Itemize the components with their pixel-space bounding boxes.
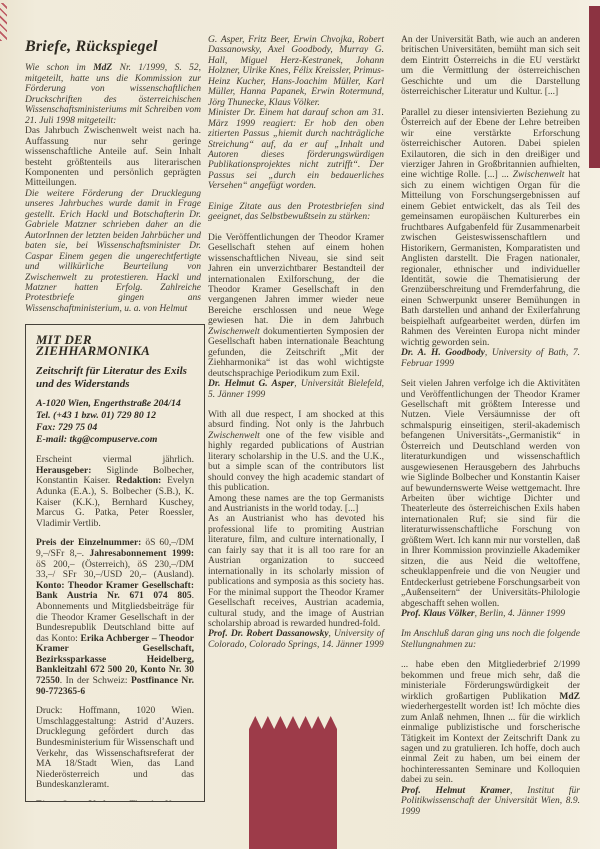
text-segment: Prof. Klaus Völker [401, 609, 475, 619]
paragraph: Im Anschluß daran ging uns noch die folg… [401, 629, 580, 650]
text-segment: ... habe eben den Mitgliederbrief 2/1999… [401, 660, 580, 701]
text-segment: Prof. Helmut Kramer [401, 786, 510, 796]
paragraph: Dr. Helmut G. Asper, Universität Bielefe… [208, 379, 384, 400]
text-segment: Minister Dr. Einem hat darauf schon am 3… [208, 108, 384, 191]
left-column-text: Wie schon im MdZ Nr. 1/1999, S. 52, mitg… [25, 63, 201, 314]
paragraph: Minister Dr. Einem hat darauf schon am 3… [208, 108, 384, 192]
text-segment: Zwischenwelt [208, 327, 260, 337]
paragraph: ... habe eben den Mitgliederbrief 2/1999… [401, 660, 580, 785]
text-segment: With all due respect, I am shocked at th… [208, 410, 384, 430]
text-segment: Wie schon im [25, 63, 93, 73]
paragraph: Prof. Dr. Robert Dassanowsky, University… [208, 629, 384, 650]
text-segment: hat sich zu einem wichtigen Organ für di… [401, 170, 580, 347]
text-segment: öS 200,– (Österreich), öS 230,–/DM 33,–/… [36, 560, 194, 581]
text-segment: Prof. Dr. Robert Dassanowsky [208, 629, 329, 639]
text-segment: MdZ [559, 692, 580, 702]
text-segment: Das Jahrbuch Zwischenwelt weist nach ha.… [25, 126, 201, 188]
text-segment: Jahresabonnement 1999: [89, 549, 194, 559]
paragraph: Preis der Einzelnummer: öS 60,–/DM 9,–/S… [36, 538, 194, 697]
page-title: Briefe, Rückspiegel [25, 42, 201, 52]
text-segment: Seit vielen Jahren verfolge ich die Akti… [401, 379, 580, 609]
text-segment: Redaktion: [116, 476, 161, 486]
text-segment: one of the few visible and highly regard… [208, 431, 384, 493]
text-segment: Among these names are the top Germanists… [208, 494, 384, 514]
scanned-journal-page: Briefe, Rückspiegel Wie schon im MdZ Nr.… [0, 0, 600, 849]
masthead-address: A-1020 Wien, Engerthstraße 204/14Tel. (+… [36, 398, 194, 446]
text-segment: Zwischenwelt [208, 431, 260, 441]
text-segment: , Berlin, 4. Jänner 1999 [475, 609, 566, 619]
address-line: Tel. (+43 1 bzw. 01) 729 80 12 [36, 410, 194, 422]
address-line: E-mail: tkg@compuserve.com [36, 434, 194, 446]
text-segment: wiederhergestellt worden ist! Ich möchte… [401, 702, 580, 785]
zigzag-ribbon [249, 716, 337, 849]
red-margin-bar [589, 6, 600, 168]
paragraph: As an Austrianist who has devoted his pr… [208, 514, 384, 629]
text-segment: Herausgeber: [36, 466, 91, 476]
paragraph: Druck: Hoffmann, 1020 Wien. Umschlaggest… [36, 706, 194, 791]
right-column: An der Universität Bath, wie auch an and… [401, 35, 580, 817]
text-segment: Dr. A. H. Goodbody [401, 348, 485, 358]
text-segment: Im Anschluß daran ging uns noch die folg… [401, 629, 580, 649]
paragraph: Prof. Helmut Kramer, Institut für Politi… [401, 786, 580, 817]
text-segment: Dr. Helmut G. Asper [208, 379, 294, 389]
paragraph: Eigentümer, Verleger: Theodor Kramer Ges… [36, 800, 194, 802]
text-segment: MdZ [93, 63, 112, 73]
paragraph: Dr. A. H. Goodbody, University of Bath, … [401, 348, 580, 369]
paragraph: An der Universität Bath, wie auch an and… [401, 35, 580, 98]
middle-column: G. Asper, Fritz Beer, Erwin Chvojka, Rob… [208, 35, 384, 650]
paragraph: Prof. Klaus Völker, Berlin, 4. Jänner 19… [401, 609, 580, 619]
paragraph: Die weitere Förderung der Drucklegung un… [25, 189, 201, 314]
paragraph: Einige Zitate aus den Protestbriefen sin… [208, 202, 384, 223]
address-line: Fax: 729 75 04 [36, 422, 194, 434]
paragraph: Die Veröffentlichungen der Theodor Krame… [208, 233, 384, 379]
paragraph: Das Jahrbuch Zwischenwelt weist nach ha.… [25, 126, 201, 189]
text-segment: Druck: Hoffmann, 1020 Wien. Umschlaggest… [36, 706, 194, 790]
text-segment: Preis der Einzelnummer: [36, 538, 141, 548]
text-segment: Die Veröffentlichungen der Theodor Krame… [208, 233, 384, 327]
paragraph: With all due respect, I am shocked at th… [208, 410, 384, 494]
text-segment: . In der Schweiz: [60, 676, 131, 686]
masthead-subtitle: Zeitschrift für Literatur des Exils und … [36, 365, 194, 391]
address-line: A-1020 Wien, Engerthstraße 204/14 [36, 398, 194, 410]
masthead-body: Erscheint viermal jährlich. Herausgeber:… [36, 455, 194, 802]
paragraph: Seit vielen Jahren verfolge ich die Akti… [401, 379, 580, 609]
masthead-title: MIT DER ZIEHHARMONIKA [36, 335, 194, 356]
text-segment: Konto: Theodor Kramer Gesellschaft: Bank… [36, 581, 194, 602]
text-segment: Die weitere Förderung der Drucklegung un… [25, 189, 201, 314]
left-column: Briefe, Rückspiegel Wie schon im MdZ Nr.… [25, 42, 201, 314]
paragraph: G. Asper, Fritz Beer, Erwin Chvojka, Rob… [208, 35, 384, 108]
text-segment: G. Asper, Fritz Beer, Erwin Chvojka, Rob… [208, 35, 384, 108]
paragraph: Among these names are the top Germanists… [208, 494, 384, 515]
paragraph: Parallel zu dieser intensivierten Bezieh… [401, 108, 580, 348]
masthead-box: MIT DER ZIEHHARMONIKA Zeitschrift für Li… [25, 324, 205, 802]
paragraph: Wie schon im MdZ Nr. 1/1999, S. 52, mitg… [25, 63, 201, 126]
text-segment: Erscheint viermal jährlich. [36, 455, 194, 465]
binding-marks [0, 3, 7, 41]
paragraph: Erscheint viermal jährlich. Herausgeber:… [36, 455, 194, 529]
text-segment: As an Austrianist who has devoted his pr… [208, 514, 384, 629]
text-segment: An der Universität Bath, wie auch an and… [401, 35, 580, 97]
text-segment: Eigentümer, Verleger: [36, 800, 126, 802]
text-segment: Einige Zitate aus den Protestbriefen sin… [208, 202, 384, 222]
text-segment: Zwischenwelt [513, 170, 565, 180]
